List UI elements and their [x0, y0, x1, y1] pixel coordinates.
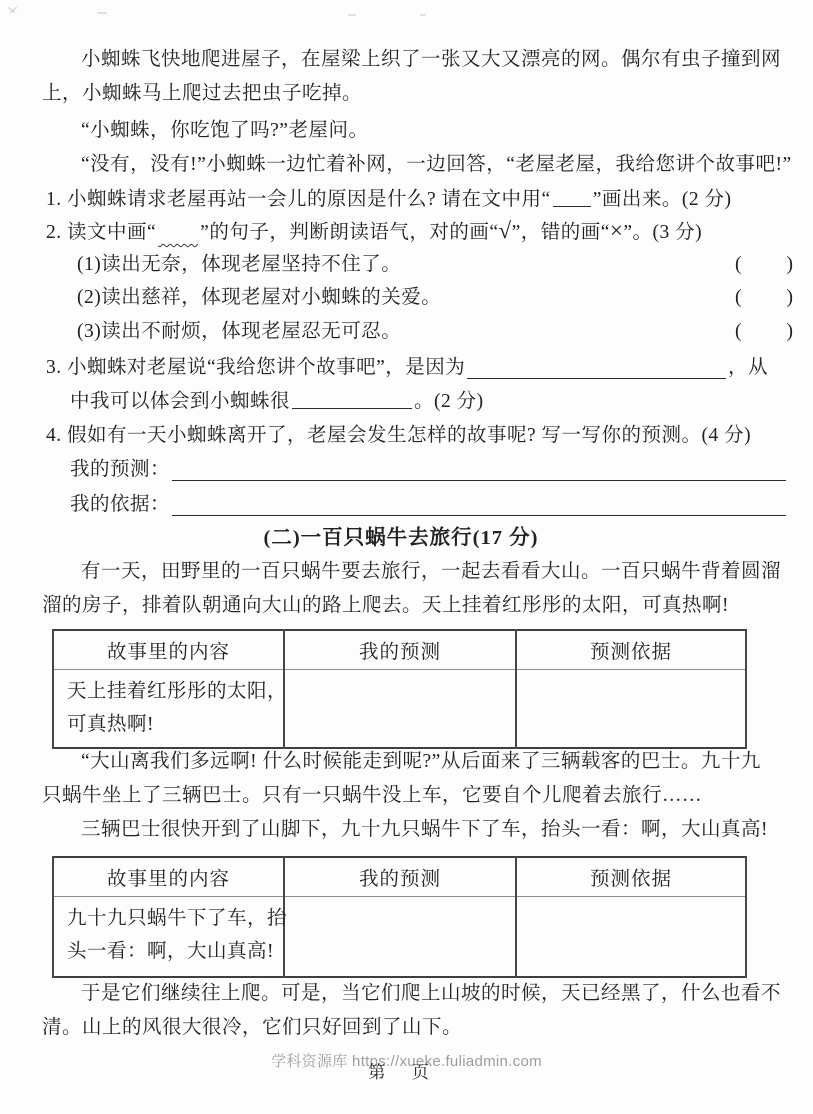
table-1-basis-cell: [516, 670, 746, 749]
item-2-text: (2)读出慈祥，体现老屋对小蜘蛛的关爱。: [77, 281, 441, 315]
text-line: 天上挂着红彤彤的太阳，: [67, 675, 281, 708]
question-2-text-a: ”的句子，判断朗读语气，对的画“: [200, 222, 498, 243]
item-3-answer-parens: ( ): [735, 315, 795, 349]
worksheet-content: 小蜘蛛飞快地爬进屋子，在屋梁上织了一张又大又漂亮的网。偶尔有虫子撞到网上，小蜘蛛…: [42, 0, 760, 1114]
text-line: 有一天，田野里的一百只蜗牛要去旅行，一起去看看大山。一百只蜗牛背着圆溜: [42, 555, 760, 589]
question-2-wavy-line: [158, 216, 198, 250]
question-3-text-end: 。(2 分): [414, 391, 484, 412]
passage-snail-paragraph-4: 于是它们继续往上爬。可是，当它们爬上山坡的时候，天已经黑了，什么也看不清。山上的…: [42, 977, 760, 1046]
table-2-header-prediction-basis: 预测依据: [516, 857, 746, 897]
text-line: 可真热啊!: [67, 708, 281, 741]
question-4-basis-row: 我的依据：: [42, 488, 788, 522]
question-2-text-b: ”，错的画“: [512, 222, 610, 243]
page-footer: 学科资源库 https://xueke.fuliadmin.com 第 页: [0, 1050, 813, 1090]
item-2-answer-parens: ( ): [735, 281, 795, 315]
question-3-line-2: 中我可以体会到小蜘蛛很。(2 分): [42, 385, 788, 419]
my-prediction-label: 我的预测：: [70, 453, 170, 487]
prediction-blank-line: [172, 453, 786, 481]
text-line: 于是它们继续往上爬。可是，当它们爬上山坡的时候，天已经黑了，什么也看不: [42, 977, 760, 1011]
table-2-header-row: 故事里的内容 我的预测 预测依据: [53, 857, 746, 897]
question-1: 1. 小蜘蛛请求老屋再站一会儿的原因是什么? 请在文中用“”画出来。(2 分): [42, 183, 764, 217]
table-1-header-prediction-basis: 预测依据: [516, 630, 746, 670]
text-line: 只蜗牛坐上了三辆巴士。只有一只蜗牛没上车，它要自个儿爬着去旅行……: [42, 779, 760, 813]
table-2-my-prediction-cell: [284, 897, 516, 978]
text-line: “大山离我们多远啊! 什么时候能走到呢?”从后面来了三辆载客的巴士。九十九: [42, 745, 760, 779]
question-3-blank-line-2: [292, 393, 412, 409]
question-2-item-2: (2)读出慈祥，体现老屋对小蜘蛛的关爱。 ( ): [42, 281, 811, 315]
passage-snail-paragraph-3: 三辆巴士很快开到了山脚下，九十九只蜗牛下了车，抬头一看：啊，大山真高!: [42, 813, 760, 847]
question-4: 4. 假如有一天小蜘蛛离开了，老屋会发生怎样的故事呢? 写一写你的预测。(4 分…: [42, 419, 764, 453]
table-1-my-prediction-cell: [284, 670, 516, 749]
table-2-header-story-content: 故事里的内容: [53, 857, 284, 897]
my-basis-label: 我的依据：: [70, 488, 170, 522]
question-1-text-pre: 1. 小蜘蛛请求老屋再站一会儿的原因是什么? 请在文中用“: [46, 189, 551, 210]
page-number-blank: [386, 1071, 412, 1072]
item-1-text: (1)读出无奈，体现老屋坚持不住了。: [77, 248, 401, 282]
question-1-blank-line: [553, 191, 591, 207]
cross-mark: ×: [610, 218, 623, 243]
check-mark: √: [498, 218, 511, 243]
table-1-story-cell: 天上挂着红彤彤的太阳，可真热啊!: [53, 670, 284, 749]
table-1-header-my-prediction: 我的预测: [284, 630, 516, 670]
passage-spider-paragraph-3: “没有，没有!”小蜘蛛一边忙着补网，一边回答，“老屋老屋，我给您讲个故事吧!”: [42, 148, 760, 182]
item-3-text: (3)读出不耐烦，体现老屋忍无可忍。: [77, 315, 401, 349]
page-number-prefix: 第: [368, 1059, 386, 1084]
item-1-answer-parens: ( ): [735, 248, 795, 282]
page-number-label: 第 页: [368, 1059, 429, 1084]
text-line: 九十九只蜗牛下了车，抬: [67, 902, 281, 935]
table-2-story-cell: 九十九只蜗牛下了车，抬头一看：啊，大山真高!: [53, 897, 284, 978]
table-2-basis-cell: [516, 897, 746, 978]
text-line: 三辆巴士很快开到了山脚下，九十九只蜗牛下了车，抬头一看：啊，大山真高!: [42, 813, 760, 847]
question-2-text-c: ”。(3 分): [623, 222, 702, 243]
text-line: 小蜘蛛飞快地爬进屋子，在屋梁上织了一张又大又漂亮的网。偶尔有虫子撞到网: [42, 43, 760, 77]
question-3-line-1: 3. 小蜘蛛对老屋说“我给您讲个故事吧”，是因为 ，从: [42, 351, 768, 385]
prediction-table-2: 故事里的内容 我的预测 预测依据 九十九只蜗牛下了车，抬头一看：啊，大山真高!: [52, 856, 747, 978]
question-2-item-3: (3)读出不耐烦，体现老屋忍无可忍。 ( ): [42, 315, 811, 349]
text-line: 头一看：啊，大山真高!: [67, 935, 281, 968]
question-2-text-pre: 2. 读文中画“: [46, 222, 156, 243]
passage-snail-paragraph-2: “大山离我们多远啊! 什么时候能走到呢?”从后面来了三辆载客的巴士。九十九只蜗牛…: [42, 745, 760, 814]
table-2-content-row: 九十九只蜗牛下了车，抬头一看：啊，大山真高!: [53, 897, 746, 978]
table-1-content-row: 天上挂着红彤彤的太阳，可真热啊!: [53, 670, 746, 749]
question-2: 2. 读文中画“ ”的句子，判断朗读语气，对的画“√”，错的画“×”。(3 分): [42, 216, 764, 250]
question-2-item-1: (1)读出无奈，体现老屋坚持不住了。 ( ): [42, 248, 811, 282]
text-line: 溜的房子，排着队朝通向大山的路上爬去。天上挂着红彤彤的太阳，可真热啊!: [42, 589, 760, 623]
passage-snail-paragraph-1: 有一天，田野里的一百只蜗牛要去旅行，一起去看看大山。一百只蜗牛背着圆溜溜的房子，…: [42, 555, 760, 624]
question-3-text-line2: 中我可以体会到小蜘蛛很: [70, 391, 290, 412]
page-number-suffix: 页: [412, 1059, 430, 1084]
text-line: 清。山上的风很大很冷，它们只好回到了山下。: [42, 1011, 760, 1045]
text-line: 上，小蜘蛛马上爬过去把虫子吃掉。: [42, 77, 760, 111]
table-1-header-row: 故事里的内容 我的预测 预测依据: [53, 630, 746, 670]
passage-spider-paragraph-1: 小蜘蛛飞快地爬进屋子，在屋梁上织了一张又大又漂亮的网。偶尔有虫子撞到网上，小蜘蛛…: [42, 43, 760, 112]
question-3-text-mid: ，从: [728, 351, 768, 385]
question-4-prediction-row: 我的预测：: [42, 453, 788, 487]
question-3-blank-line-1: [467, 351, 726, 379]
question-1-text-post: ”画出来。(2 分): [593, 189, 732, 210]
basis-blank-line: [172, 488, 786, 516]
table-1-header-story-content: 故事里的内容: [53, 630, 284, 670]
prediction-table-1: 故事里的内容 我的预测 预测依据 天上挂着红彤彤的太阳，可真热啊!: [52, 629, 747, 749]
passage-spider-paragraph-2: “小蜘蛛，你吃饱了吗?”老屋问。: [42, 114, 760, 148]
section-2-title: (二)一百只蜗牛去旅行(17 分): [42, 521, 760, 555]
worksheet-page: 小蜘蛛飞快地爬进屋子，在屋梁上织了一张又大又漂亮的网。偶尔有虫子撞到网上，小蜘蛛…: [0, 0, 813, 1114]
table-2-header-my-prediction: 我的预测: [284, 857, 516, 897]
question-3-text-pre: 3. 小蜘蛛对老屋说“我给您讲个故事吧”，是因为: [46, 351, 465, 385]
